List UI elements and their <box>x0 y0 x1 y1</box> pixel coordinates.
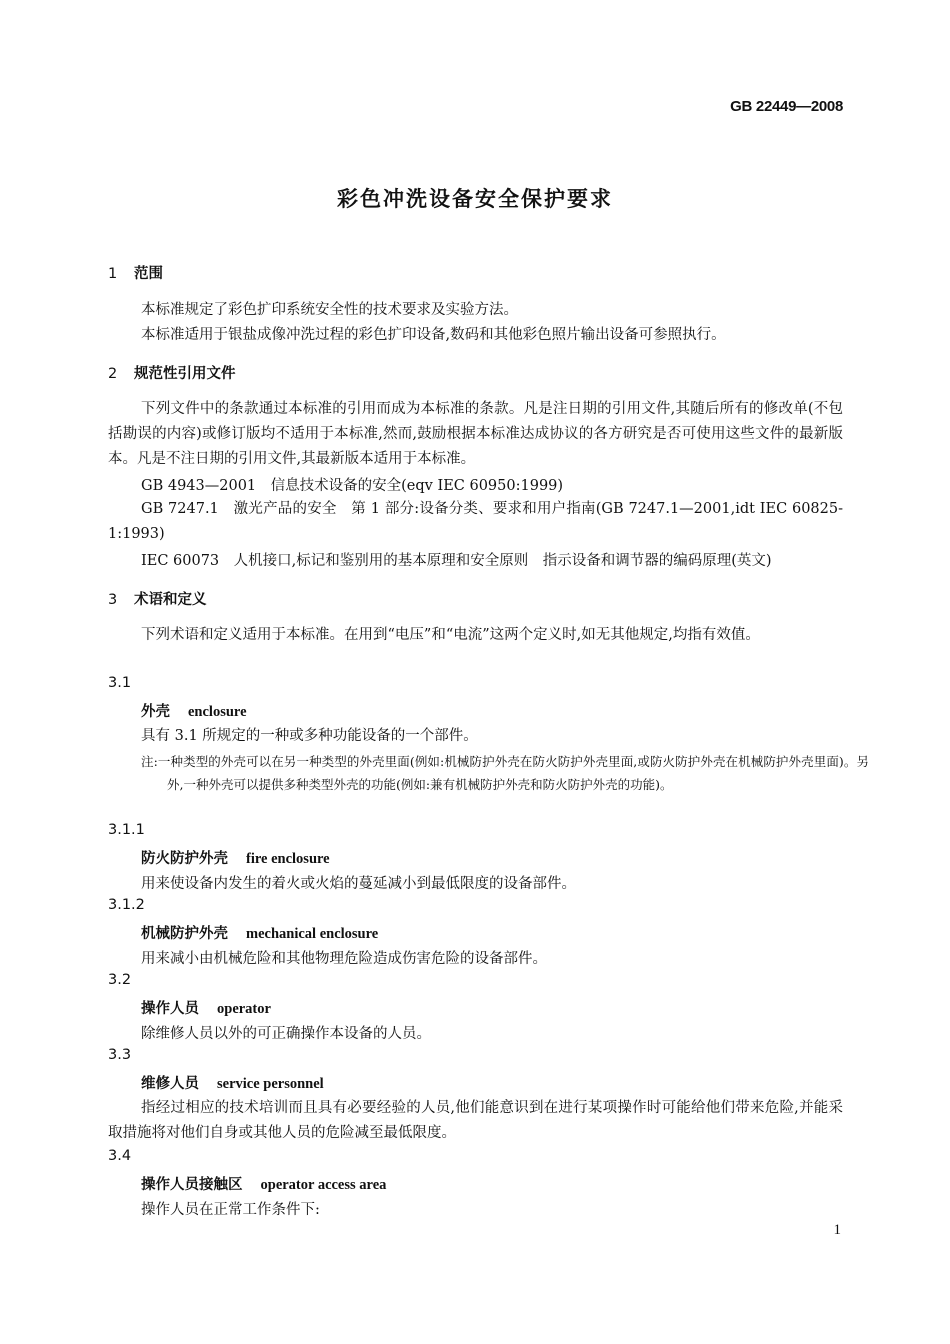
section-title: 范围 <box>134 266 163 282</box>
term-definition: 具有 3.1 所规定的一种或多种功能设备的一个部件。 <box>141 724 478 745</box>
section-title: 规范性引用文件 <box>134 366 236 382</box>
clause-number: 3.1.1 <box>108 822 145 838</box>
section-number: 1 <box>108 266 134 282</box>
section-number: 2 <box>108 366 134 382</box>
reference-item: IEC 60073 人机接口,标记和鉴别用的基本原理和安全原则 指示设备和调节器… <box>141 549 772 570</box>
term-heading: 操作人员接触区operator access area <box>141 1173 386 1194</box>
section-title: 术语和定义 <box>134 592 207 608</box>
standard-number: GB 22449—2008 <box>730 98 843 115</box>
term-en: operator access area <box>261 1177 387 1193</box>
term-note: 注:一种类型的外壳可以在另一种类型的外壳里面(例如:机械防护外壳在防火防护外壳里… <box>141 750 869 796</box>
term-en: mechanical enclosure <box>246 926 378 942</box>
clause-number: 3.2 <box>108 972 131 988</box>
term-heading: 机械防护外壳mechanical enclosure <box>141 922 378 943</box>
term-heading: 外壳enclosure <box>141 700 247 721</box>
clause-number: 3.4 <box>108 1148 131 1164</box>
document-title: 彩色冲洗设备安全保护要求 <box>0 183 950 213</box>
term-definition: 除维修人员以外的可正确操作本设备的人员。 <box>141 1022 431 1043</box>
scope-paragraph-2: 本标准适用于银盐成像冲洗过程的彩色扩印设备,数码和其他彩色照片输出设备可参照执行… <box>141 323 726 344</box>
clause-number: 3.1 <box>108 675 131 691</box>
reference-item: GB 4943—2001 信息技术设备的安全(eqv IEC 60950:199… <box>141 474 563 495</box>
reference-item: GB 7247.1 激光产品的安全 第 1 部分:设备分类、要求和用户指南(GB… <box>108 497 843 547</box>
term-en: enclosure <box>188 704 247 720</box>
term-en: service personnel <box>217 1076 324 1092</box>
section-2-heading: 2规范性引用文件 <box>108 362 236 383</box>
section-1-heading: 1范围 <box>108 262 163 283</box>
page-number: 1 <box>834 1222 842 1239</box>
term-en: fire enclosure <box>246 851 330 867</box>
term-zh: 操作人员 <box>141 1001 199 1017</box>
term-heading: 维修人员service personnel <box>141 1072 324 1093</box>
term-definition: 用来使设备内发生的着火或火焰的蔓延减小到最低限度的设备部件。 <box>141 872 576 893</box>
term-zh: 外壳 <box>141 704 170 720</box>
term-zh: 防火防护外壳 <box>141 851 228 867</box>
section-number: 3 <box>108 592 134 608</box>
term-definition: 用来减小由机械危险和其他物理危险造成伤害危险的设备部件。 <box>141 947 547 968</box>
scope-paragraph-1: 本标准规定了彩色扩印系统安全性的技术要求及实验方法。 <box>141 298 518 319</box>
section-3-heading: 3术语和定义 <box>108 588 207 609</box>
terms-intro: 下列术语和定义适用于本标准。在用到“电压”和“电流”这两个定义时,如无其他规定,… <box>108 623 843 648</box>
term-definition: 操作人员在正常工作条件下: <box>141 1198 320 1219</box>
term-zh: 操作人员接触区 <box>141 1177 243 1193</box>
clause-number: 3.1.2 <box>108 897 145 913</box>
term-zh: 维修人员 <box>141 1076 199 1092</box>
normative-references-intro: 下列文件中的条款通过本标准的引用而成为本标准的条款。凡是注日期的引用文件,其随后… <box>108 397 843 472</box>
term-en: operator <box>217 1001 271 1017</box>
term-zh: 机械防护外壳 <box>141 926 228 942</box>
term-heading: 操作人员operator <box>141 997 271 1018</box>
term-heading: 防火防护外壳fire enclosure <box>141 847 330 868</box>
term-definition: 指经过相应的技术培训而且具有必要经验的人员,他们能意识到在进行某项操作时可能给他… <box>108 1096 843 1146</box>
clause-number: 3.3 <box>108 1047 131 1063</box>
